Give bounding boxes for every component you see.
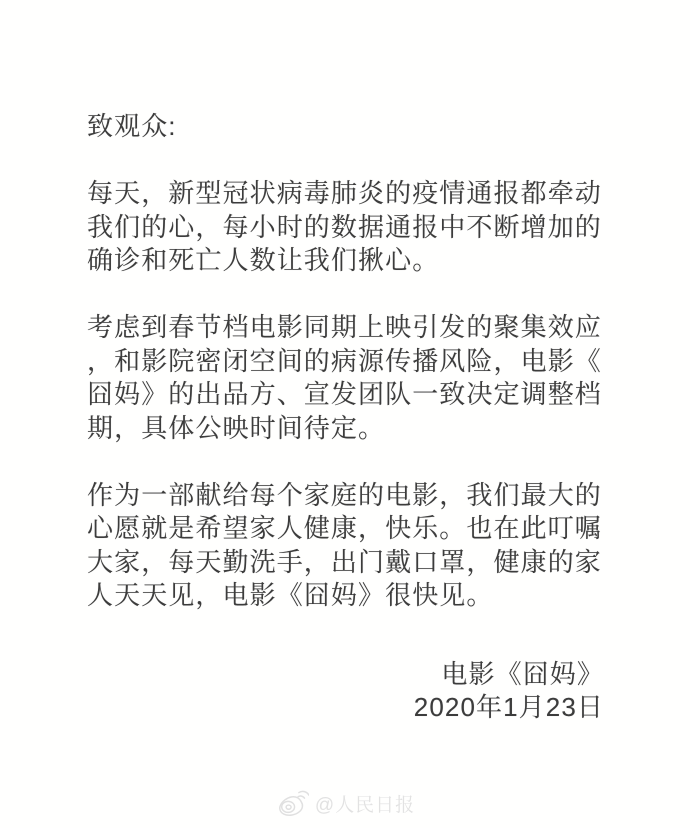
signature-block: 电影《囧妈》 2020年1月23日 — [87, 658, 604, 725]
text-line: 每天，新型冠状病毒肺炎的疫情通报都牵动 — [87, 177, 604, 211]
paragraph-1: 每天，新型冠状病毒肺炎的疫情通报都牵动 我们的心，每小时的数据通报中不断增加的 … — [87, 177, 604, 278]
text-line: 人天天见，电影《囧妈》很快见。 — [87, 579, 604, 613]
letter-body: 致观众: 每天，新型冠状病毒肺炎的疫情通报都牵动 我们的心，每小时的数据通报中不… — [87, 110, 604, 725]
paragraph-3: 作为一部献给每个家庭的电影，我们最大的 心愿就是希望家人健康，快乐。也在此叮嘱 … — [87, 479, 604, 613]
text-line: ，和影院密闭空间的病源传播风险，电影《 — [87, 345, 604, 379]
text-line: 考虑到春节档电影同期上映引发的聚集效应 — [87, 311, 604, 345]
announcement-page: 致观众: 每天，新型冠状病毒肺炎的疫情通报都牵动 我们的心，每小时的数据通报中不… — [0, 0, 690, 828]
signature-name: 电影《囧妈》 — [87, 658, 604, 692]
text-line: 期，具体公映时间待定。 — [87, 412, 604, 446]
text-line: 大家，每天勤洗手，出门戴口罩，健康的家 — [87, 546, 604, 580]
paragraph-2: 考虑到春节档电影同期上映引发的聚集效应 ，和影院密闭空间的病源传播风险，电影《 … — [87, 311, 604, 445]
watermark-text: @人民日报 — [315, 790, 415, 817]
text-line: 心愿就是希望家人健康，快乐。也在此叮嘱 — [87, 512, 604, 546]
text-line: 作为一部献给每个家庭的电影，我们最大的 — [87, 479, 604, 513]
text-line: 囧妈》的出品方、宣发团队一致决定调整档 — [87, 378, 604, 412]
weibo-logo-icon — [275, 788, 309, 819]
text-line: 我们的心，每小时的数据通报中不断增加的 — [87, 211, 604, 245]
watermark: @人民日报 — [0, 788, 690, 819]
signature-date: 2020年1月23日 — [87, 691, 604, 725]
salutation: 致观众: — [87, 110, 604, 144]
text-line: 确诊和死亡人数让我们揪心。 — [87, 244, 604, 278]
